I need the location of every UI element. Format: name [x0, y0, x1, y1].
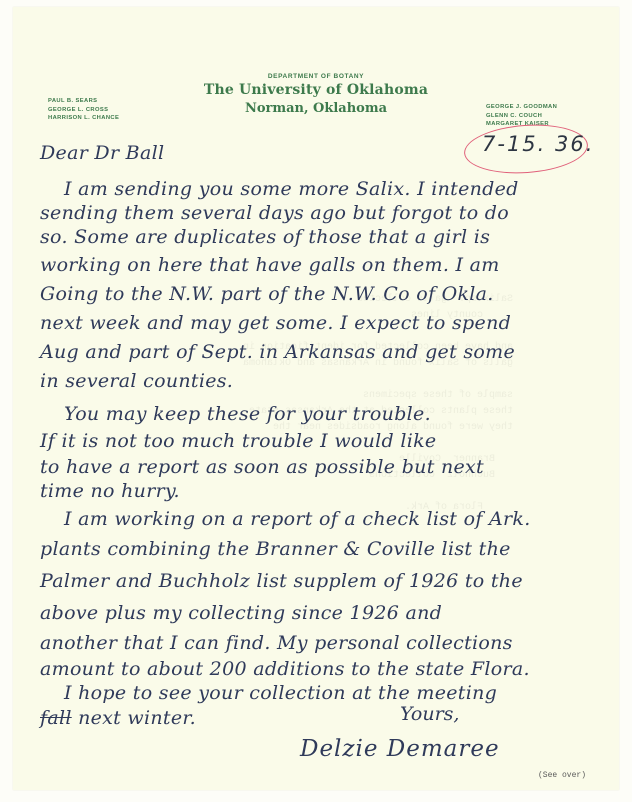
letter-line: so. Some are duplicates of those that a …: [40, 226, 620, 248]
letter-line: Palmer and Buchholz list supplem of 1926…: [40, 570, 620, 592]
salutation: Dear Dr Ball: [40, 142, 620, 164]
letter-line: working on here that have galls on them.…: [40, 254, 620, 276]
see-over-note: (See over): [538, 771, 586, 780]
letter-line: If it is not too much trouble I would li…: [40, 430, 620, 452]
letter-line: above plus my collecting since 1926 and: [40, 602, 620, 624]
department-name: DEPARTMENT OF BOTANY: [0, 73, 632, 80]
letter-line: I hope to see your collection at the mee…: [40, 682, 632, 704]
staff-name: Harrison L. Chance: [48, 114, 119, 123]
letter-line: next week and may get some. I expect to …: [40, 312, 620, 334]
letter-line: another that I can find. My personal col…: [40, 632, 620, 654]
staff-name: Glenn C. Couch: [486, 112, 557, 121]
staff-name: Paul B. Sears: [48, 97, 119, 106]
letter-line: I am working on a report of a check list…: [40, 508, 632, 530]
letter-line: I am sending you some more Salix. I inte…: [40, 178, 632, 200]
letter-line-text: next winter.: [78, 707, 196, 729]
letter-line: Aug and part of Sept. in Arkansas and ge…: [40, 341, 620, 363]
letter-line: plants combining the Branner & Coville l…: [40, 538, 620, 560]
signature: Delzie Demaree: [300, 736, 500, 762]
letter-line: time no hurry.: [40, 480, 620, 502]
struck-word: fall: [40, 707, 72, 729]
university-name: The University of Oklahoma: [0, 82, 632, 98]
letter-line: in several counties.: [40, 370, 620, 392]
letter-line: to have a report as soon as possible but…: [40, 456, 620, 478]
letter-line: amount to about 200 additions to the sta…: [40, 658, 620, 680]
staff-name: George L. Cross: [48, 106, 119, 115]
letter-line-final: fall next winter.: [40, 707, 620, 729]
staff-list-left: Paul B. Sears George L. Cross Harrison L…: [48, 97, 119, 123]
letter-line: You may keep these for your trouble.: [40, 403, 632, 425]
letter-line: Going to the N.W. part of the N.W. Co of…: [40, 283, 620, 305]
closing: Yours,: [400, 703, 459, 725]
letter-line: sending them several days ago but forgot…: [40, 202, 620, 224]
staff-name: George J. Goodman: [486, 103, 557, 112]
